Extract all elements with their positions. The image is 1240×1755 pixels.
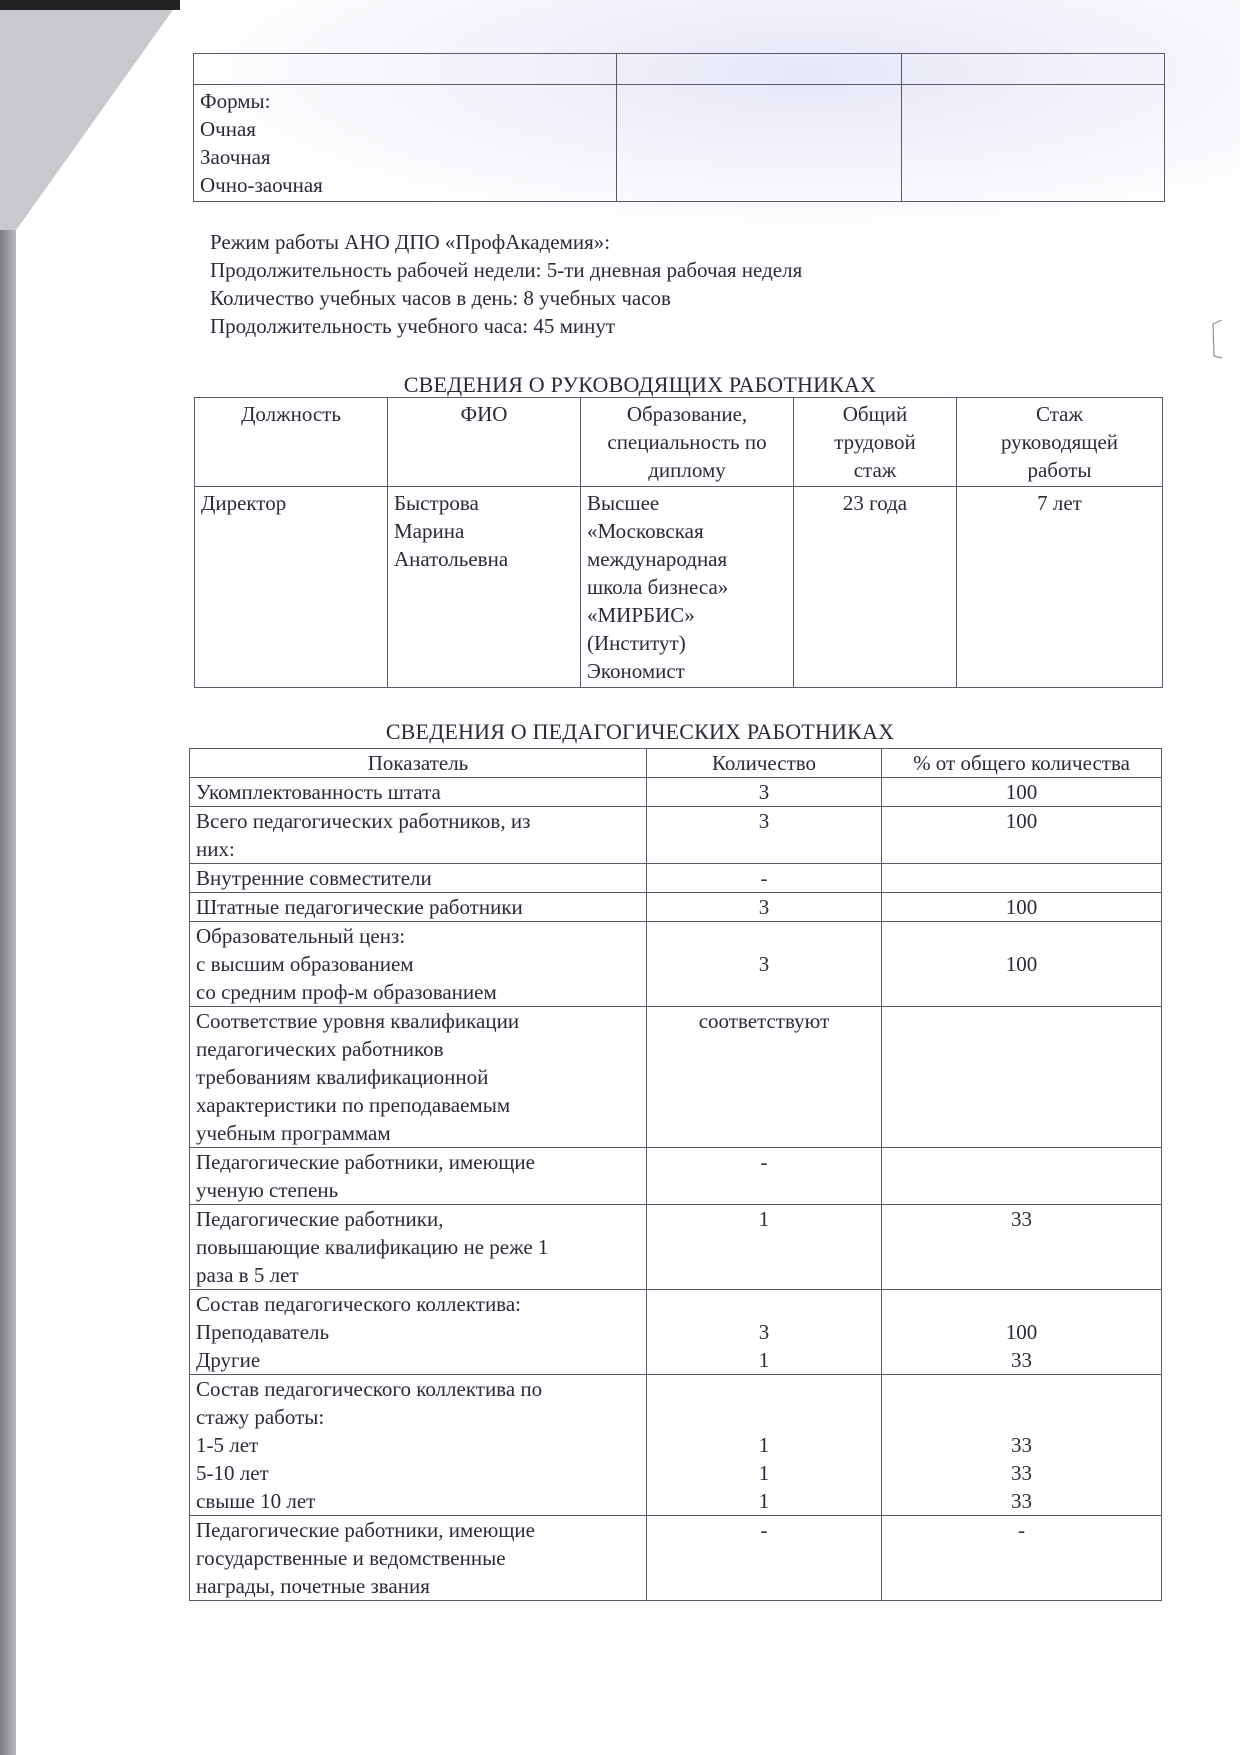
indicator-cell: Соответствие уровня квалификациипедагоги… <box>190 1007 647 1148</box>
percent-line: 33 <box>888 1487 1155 1515</box>
table-header-row: Показатель Количество % от общего количе… <box>190 749 1162 778</box>
percent-line: 100 <box>888 807 1155 835</box>
count-cell: 111 <box>647 1375 882 1516</box>
percent-line: 100 <box>888 893 1155 921</box>
indicator-line: Всего педагогических работников, из <box>196 807 640 835</box>
count-line <box>653 922 875 950</box>
count-cell: 31 <box>647 1290 882 1375</box>
indicator-line: Состав педагогического коллектива: <box>196 1290 640 1318</box>
count-cell: 3 <box>647 778 882 807</box>
percent-line <box>888 864 1155 892</box>
indicator-line: Другие <box>196 1346 640 1374</box>
count-line: 1 <box>653 1431 875 1459</box>
count-line <box>653 978 875 1006</box>
column-header: ФИО <box>388 398 581 487</box>
forms-label: Формы: <box>200 87 610 115</box>
total-experience-cell: 23 года <box>794 487 957 688</box>
indicator-line: Образовательный ценз: <box>196 922 640 950</box>
table-row: Формы: Очная Заочная Очно-заочная <box>194 85 1165 202</box>
indicator-line: 1-5 лет <box>196 1431 640 1459</box>
work-mode-line: Продолжительность рабочей недели: 5-ти д… <box>210 256 802 284</box>
indicator-line: государственные и ведомственные <box>196 1544 640 1572</box>
indicator-line: свыше 10 лет <box>196 1487 640 1515</box>
percent-line <box>888 1148 1155 1176</box>
form-item: Заочная <box>200 143 610 171</box>
count-line <box>653 1290 875 1318</box>
percent-line <box>888 1375 1155 1403</box>
work-mode-line: Продолжительность учебного часа: 45 мину… <box>210 312 802 340</box>
indicator-line: 5-10 лет <box>196 1459 640 1487</box>
work-mode-line: Количество учебных часов в день: 8 учебн… <box>210 284 802 312</box>
header-text: Стаж <box>963 400 1156 428</box>
header-text: ФИО <box>394 400 574 428</box>
count-line: соответствуют <box>653 1007 875 1035</box>
name-line: Анатольевна <box>394 545 574 573</box>
table-row: Внутренние совместители- <box>190 864 1162 893</box>
forms-table: Формы: Очная Заочная Очно-заочная <box>193 53 1165 202</box>
education-line: (Институт) <box>587 629 787 657</box>
percent-line: 33 <box>888 1346 1155 1374</box>
table-row: Педагогические работники, имеющиегосудар… <box>190 1516 1162 1601</box>
name-line: Быстрова <box>394 489 574 517</box>
header-text: Должность <box>201 400 381 428</box>
indicator-line: Соответствие уровня квалификации <box>196 1007 640 1035</box>
percent-line <box>888 1403 1155 1431</box>
count-line: 3 <box>653 893 875 921</box>
indicator-line: Внутренние совместители <box>196 864 640 892</box>
table-row: Соответствие уровня квалификациипедагоги… <box>190 1007 1162 1148</box>
header-text: руководящей <box>963 428 1156 456</box>
count-line: 1 <box>653 1487 875 1515</box>
count-line: - <box>653 864 875 892</box>
count-line: 3 <box>653 807 875 835</box>
percent-cell: 10033 <box>882 1290 1162 1375</box>
table-cell <box>902 85 1165 202</box>
header-text: стаж <box>800 456 950 484</box>
column-header: Должность <box>195 398 388 487</box>
count-cell: - <box>647 1148 882 1205</box>
table-cell <box>194 54 617 85</box>
indicator-cell: Укомплектованность штата <box>190 778 647 807</box>
count-cell: 1 <box>647 1205 882 1290</box>
count-line: 3 <box>653 778 875 806</box>
percent-line: 33 <box>888 1459 1155 1487</box>
table-cell <box>617 54 902 85</box>
count-cell: 3 <box>647 807 882 864</box>
indicator-line: стажу работы: <box>196 1403 640 1431</box>
indicator-line: требованиям квалификационной <box>196 1063 640 1091</box>
table-row <box>194 54 1165 85</box>
table-row: Укомплектованность штата3100 <box>190 778 1162 807</box>
percent-line <box>888 922 1155 950</box>
count-cell: - <box>647 864 882 893</box>
percent-cell: 100 <box>882 778 1162 807</box>
education-line: международная <box>587 545 787 573</box>
table-cell <box>902 54 1165 85</box>
table-row: Состав педагогического коллектива постаж… <box>190 1375 1162 1516</box>
count-line: - <box>653 1148 875 1176</box>
form-item: Очная <box>200 115 610 143</box>
percent-line: 33 <box>888 1431 1155 1459</box>
education-line: Экономист <box>587 657 787 685</box>
indicator-line: педагогических работников <box>196 1035 640 1063</box>
forms-cell: Формы: Очная Заочная Очно-заочная <box>194 85 617 202</box>
indicator-cell: Педагогические работники, имеющиегосудар… <box>190 1516 647 1601</box>
management-experience-cell: 7 лет <box>957 487 1163 688</box>
percent-cell <box>882 1007 1162 1148</box>
indicator-line: Педагогические работники, <box>196 1205 640 1233</box>
count-line: - <box>653 1516 875 1544</box>
indicator-line: Состав педагогического коллектива по <box>196 1375 640 1403</box>
header-text: Образование, <box>587 400 787 428</box>
indicator-line: них: <box>196 835 640 863</box>
indicator-line: повышающие квалификацию не реже 1 <box>196 1233 640 1261</box>
column-header: Количество <box>647 749 882 778</box>
header-text: трудовой <box>800 428 950 456</box>
percent-cell: 33 <box>882 1205 1162 1290</box>
percent-line <box>888 1290 1155 1318</box>
table-row: Директор Быстрова Марина Анатольевна Выс… <box>195 487 1163 688</box>
name-line: Марина <box>394 517 574 545</box>
name-cell: Быстрова Марина Анатольевна <box>388 487 581 688</box>
work-mode-title: Режим работы АНО ДПО «ПрофАкадемия»: <box>210 228 802 256</box>
table-cell <box>617 85 902 202</box>
header-text: диплому <box>587 456 787 484</box>
indicator-cell: Педагогические работники,повышающие квал… <box>190 1205 647 1290</box>
position-cell: Директор <box>195 487 388 688</box>
indicator-line: характеристики по преподаваемым <box>196 1091 640 1119</box>
header-text: Общий <box>800 400 950 428</box>
education-cell: Высшее «Московская международная школа б… <box>581 487 794 688</box>
percent-line <box>888 1007 1155 1035</box>
indicator-line: со средним проф-м образованием <box>196 978 640 1006</box>
percent-cell: - <box>882 1516 1162 1601</box>
table-row: Состав педагогического коллектива:Препод… <box>190 1290 1162 1375</box>
count-line: 1 <box>653 1459 875 1487</box>
staff-table: Показатель Количество % от общего количе… <box>189 748 1162 1601</box>
percent-cell: 333333 <box>882 1375 1162 1516</box>
indicator-cell: Образовательный ценз:с высшим образовани… <box>190 922 647 1007</box>
percent-cell: 100 <box>882 922 1162 1007</box>
column-header: Стаж руководящей работы <box>957 398 1163 487</box>
education-line: Высшее <box>587 489 787 517</box>
indicator-line: Преподаватель <box>196 1318 640 1346</box>
count-cell: соответствуют <box>647 1007 882 1148</box>
indicator-line: учебным программам <box>196 1119 640 1147</box>
count-cell: - <box>647 1516 882 1601</box>
table-row: Всего педагогических работников, изних:3… <box>190 807 1162 864</box>
count-line: 3 <box>653 950 875 978</box>
pencil-mark-icon <box>1210 318 1224 362</box>
percent-line: - <box>888 1516 1155 1544</box>
column-header: % от общего количества <box>882 749 1162 778</box>
indicator-cell: Состав педагогического коллектива:Препод… <box>190 1290 647 1375</box>
indicator-line: Педагогические работники, имеющие <box>196 1516 640 1544</box>
indicator-line: Укомплектованность штата <box>196 778 640 806</box>
table-header-row: Должность ФИО Образование, специальность… <box>195 398 1163 487</box>
count-line <box>653 1375 875 1403</box>
count-line: 3 <box>653 1318 875 1346</box>
staff-section-title: СВЕДЕНИЯ О ПЕДАГОГИЧЕСКИХ РАБОТНИКАХ <box>0 719 1240 745</box>
education-line: школа бизнеса» <box>587 573 787 601</box>
percent-line: 100 <box>888 950 1155 978</box>
indicator-cell: Педагогические работники, имеющиеученую … <box>190 1148 647 1205</box>
indicator-cell: Всего педагогических работников, изних: <box>190 807 647 864</box>
count-cell: 3 <box>647 922 882 1007</box>
percent-line: 100 <box>888 1318 1155 1346</box>
indicator-line: награды, почетные звания <box>196 1572 640 1600</box>
count-line <box>653 1403 875 1431</box>
table-row: Штатные педагогические работники3100 <box>190 893 1162 922</box>
indicator-line: Штатные педагогические работники <box>196 893 640 921</box>
percent-cell <box>882 864 1162 893</box>
indicator-cell: Штатные педагогические работники <box>190 893 647 922</box>
table-row: Педагогические работники, имеющиеученую … <box>190 1148 1162 1205</box>
leaders-section-title: СВЕДЕНИЯ О РУКОВОДЯЩИХ РАБОТНИКАХ <box>0 372 1240 398</box>
count-cell: 3 <box>647 893 882 922</box>
table-row: Образовательный ценз:с высшим образовани… <box>190 922 1162 1007</box>
column-header: Образование, специальность по диплому <box>581 398 794 487</box>
indicator-line: ученую степень <box>196 1176 640 1204</box>
work-mode-block: Режим работы АНО ДПО «ПрофАкадемия»: Про… <box>210 228 802 340</box>
indicator-line: с высшим образованием <box>196 950 640 978</box>
education-line: «Московская <box>587 517 787 545</box>
percent-cell <box>882 1148 1162 1205</box>
percent-cell: 100 <box>882 893 1162 922</box>
column-header: Показатель <box>190 749 647 778</box>
header-text: специальность по <box>587 428 787 456</box>
percent-line <box>888 978 1155 1006</box>
header-text: работы <box>963 456 1156 484</box>
count-line: 1 <box>653 1346 875 1374</box>
education-line: «МИРБИС» <box>587 601 787 629</box>
indicator-line: раза в 5 лет <box>196 1261 640 1289</box>
staff-table-body: Укомплектованность штата3100Всего педаго… <box>190 778 1162 1601</box>
percent-cell: 100 <box>882 807 1162 864</box>
column-header: Общий трудовой стаж <box>794 398 957 487</box>
indicator-cell: Состав педагогического коллектива постаж… <box>190 1375 647 1516</box>
table-row: Педагогические работники,повышающие квал… <box>190 1205 1162 1290</box>
document-page: Формы: Очная Заочная Очно-заочная Режим … <box>0 0 1240 1755</box>
count-line: 1 <box>653 1205 875 1233</box>
leaders-table: Должность ФИО Образование, специальность… <box>194 397 1163 688</box>
percent-line: 100 <box>888 778 1155 806</box>
percent-line: 33 <box>888 1205 1155 1233</box>
form-item: Очно-заочная <box>200 171 610 199</box>
indicator-cell: Внутренние совместители <box>190 864 647 893</box>
indicator-line: Педагогические работники, имеющие <box>196 1148 640 1176</box>
